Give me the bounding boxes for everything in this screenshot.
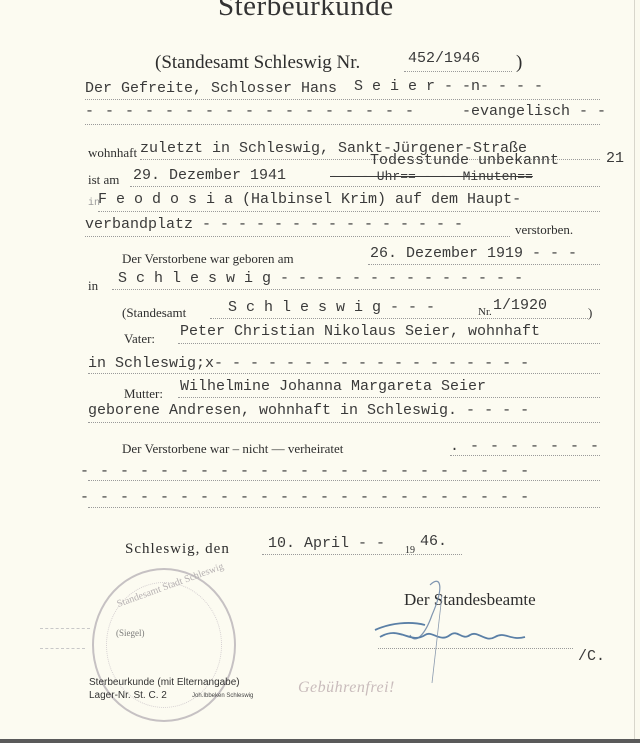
birth-number: 1/1920 [493,297,547,314]
father-residence: in Schleswig;x- - - - - - - - - - - - - … [88,355,529,372]
birth-number-label: Nr. [478,306,492,318]
page-bottom-edge [0,739,640,743]
registrar-signature [370,575,540,685]
blank-line-2: - - - - - - - - - - - - - - - - - - - - … [80,489,530,506]
died-word: verstorben. [515,222,573,238]
registry-suffix: ) [516,52,522,74]
father-name: Peter Christian Nikolaus Seier, wohnhaft [180,323,540,340]
death-place: F e o d o s i a (Halbinsel Krim) auf dem… [98,191,521,208]
birth-date-label: Der Verstorbene war geboren am [122,251,294,267]
father-label: Vater: [124,331,155,347]
fee-exempt-stamp: Gebührenfrei! [298,679,395,697]
time-number: 21 [606,150,624,167]
birth-place-label: in [88,278,98,294]
surname: S e i e r - -n- - - - [354,78,543,95]
registry-prefix: (Standesamt Schleswig Nr. [155,52,360,74]
issue-place-label: Schleswig, den [125,541,230,558]
printer-name: Joh.Ibbeken Schleswig [192,693,253,699]
marital-status: Der Verstorbene war – nicht — verheirate… [122,441,343,457]
document-title: Sterbeurkunde [218,0,394,23]
birth-office-close: ) [588,305,592,321]
stock-number: Lager-Nr. St. C. 2 [89,690,167,701]
certificate-page: Sterbeurkunde (Standesamt Schleswig Nr. … [0,0,635,740]
death-date: 29. Dezember 1941 [133,167,286,184]
birth-place: S c h l e s w i g - - - - - - - - - - - … [118,270,523,287]
issue-year: 46. [420,533,447,550]
death-date-label: ist am [88,172,119,188]
birth-date: 26. Dezember 1919 - - - [370,245,577,262]
mother-name: Wilhelmine Johanna Margareta Seier [180,378,486,395]
time-note: Todesstunde unbekannt [370,152,559,169]
registry-number: 452/1946 [408,50,480,67]
residence-label: wohnhaft [88,145,137,161]
signature-suffix: /C. [578,648,605,665]
person-designation: Der Gefreite, Schlosser Hans [85,80,337,97]
religion-filler: - - - - - - - - - - - - - - - - - [85,103,415,120]
form-name: Sterbeurkunde (mit Elternangabe) [89,677,240,688]
death-place-continued: verbandplatz - - - - - - - - - - - - - -… [85,216,463,233]
blank-line-1: - - - - - - - - - - - - - - - - - - - - … [80,463,530,480]
marital-filler: . - - - - - - - [450,438,600,455]
death-time-struck: - - - Uhr== - - -Minuten== [330,169,533,184]
birth-office: S c h l e s w i g - - - [228,299,435,316]
religion: -evangelisch - - [462,103,606,120]
mother-label: Mutter: [124,386,163,402]
seal-label: (Siegel) [116,628,145,638]
mother-maiden-name: geborene Andresen, wohnhaft in Schleswig… [88,402,529,419]
birth-office-label: (Standesamt [122,305,186,321]
issue-date: 10. April - - [268,535,385,552]
